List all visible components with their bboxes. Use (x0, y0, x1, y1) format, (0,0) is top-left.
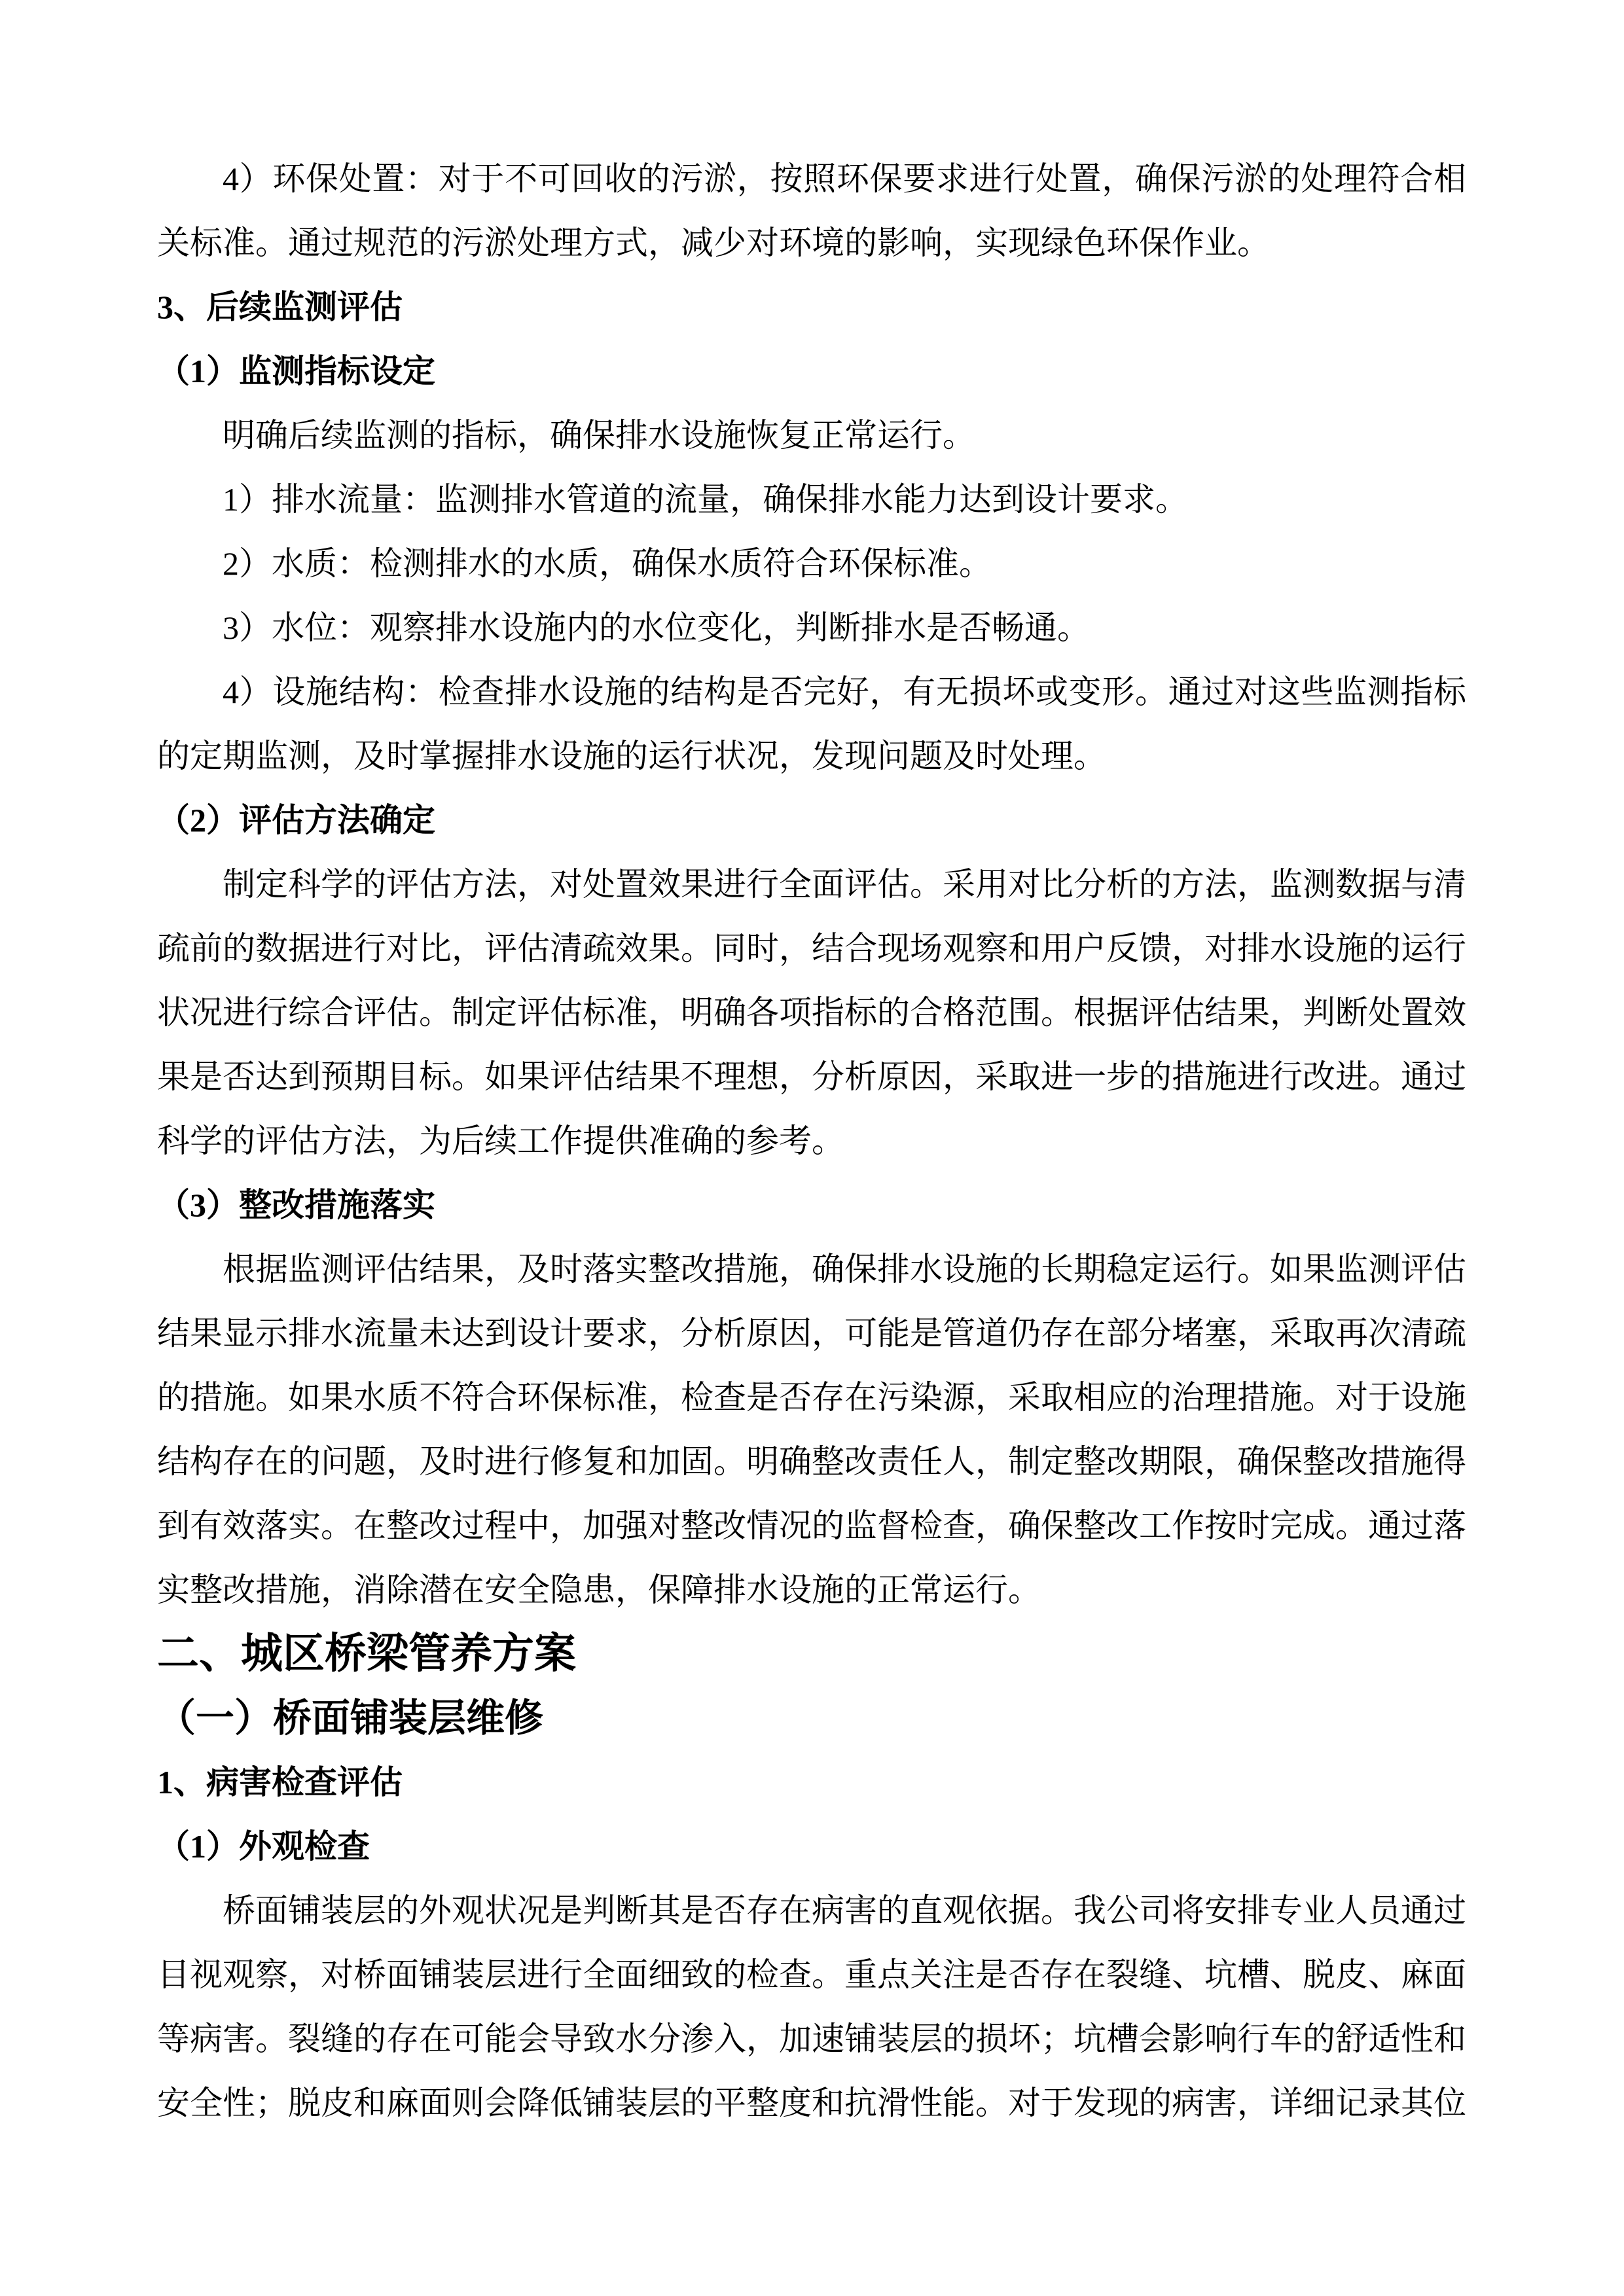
text-line: 科学的评估方法，为后续工作提供准确的参考。 (157, 1109, 1466, 1173)
text-line: 2）水质：检测排水的水质，确保水质符合环保标准。 (157, 531, 1466, 596)
text-line: 安全性；脱皮和麻面则会降低铺装层的平整度和抗滑性能。对于发现的病害，详细记录其位 (157, 2071, 1466, 2135)
text-line: 结果显示排水流量未达到设计要求，分析原因，可能是管道仍存在部分堵塞，采取再次清疏 (157, 1301, 1466, 1365)
heading-line: （1）监测指标设定 (157, 339, 1466, 403)
heading-line: （1）外观检查 (157, 1814, 1466, 1878)
text-line: 实整改措施，消除潜在安全隐患，保障排水设施的正常运行。 (157, 1558, 1466, 1622)
text-line: 4）环保处置：对于不可回收的污淤，按照环保要求进行处置，确保污淤的处理符合相 (157, 147, 1466, 211)
text-line: 4）设施结构：检查排水设施的结构是否完好，有无损坏或变形。通过对这些监测指标 (157, 660, 1466, 724)
text-line: 关标准。通过规范的污淤处理方式，减少对环境的影响，实现绿色环保作业。 (157, 211, 1466, 275)
text-line: 结构存在的问题，及时进行修复和加固。明确整改责任人，制定整改期限，确保整改措施得 (157, 1429, 1466, 1494)
heading-line: （一）桥面铺装层维修 (157, 1686, 1466, 1750)
text-line: 制定科学的评估方法，对处置效果进行全面评估。采用对比分析的方法，监测数据与清 (157, 852, 1466, 916)
text-line: 的定期监测，及时掌握排水设施的运行状况，发现问题及时处理。 (157, 724, 1466, 788)
text-line: 等病害。裂缝的存在可能会导致水分渗入，加速铺装层的损坏；坑槽会影响行车的舒适性和 (157, 2007, 1466, 2071)
text-line: 的措施。如果水质不符合环保标准，检查是否存在污染源，采取相应的治理措施。对于设施 (157, 1365, 1466, 1429)
text-line: 桥面铺装层的外观状况是判断其是否存在病害的直观依据。我公司将安排专业人员通过 (157, 1878, 1466, 1943)
heading-line: （2）评估方法确定 (157, 788, 1466, 852)
text-line: 到有效落实。在整改过程中，加强对整改情况的监督检查，确保整改工作按时完成。通过落 (157, 1494, 1466, 1558)
text-line: 状况进行综合评估。制定评估标准，明确各项指标的合格范围。根据评估结果，判断处置效 (157, 980, 1466, 1045)
heading-line: （3）整改措施落实 (157, 1173, 1466, 1237)
heading-line: 3、后续监测评估 (157, 275, 1466, 339)
text-line: 根据监测评估结果，及时落实整改措施，确保排水设施的长期稳定运行。如果监测评估 (157, 1237, 1466, 1301)
text-line: 3）水位：观察排水设施内的水位变化，判断排水是否畅通。 (157, 596, 1466, 660)
text-line: 疏前的数据进行对比，评估清疏效果。同时，结合现场观察和用户反馈，对排水设施的运行 (157, 916, 1466, 980)
heading-line: 1、病害检查评估 (157, 1750, 1466, 1814)
text-line: 果是否达到预期目标。如果评估结果不理想，分析原因，采取进一步的措施进行改进。通过 (157, 1045, 1466, 1109)
heading-line: 二、城区桥梁管养方案 (157, 1622, 1466, 1686)
text-line: 明确后续监测的指标，确保排水设施恢复正常运行。 (157, 403, 1466, 467)
document-body: 4）环保处置：对于不可回收的污淤，按照环保要求进行处置，确保污淤的处理符合相关标… (157, 147, 1466, 2135)
document-page: 4）环保处置：对于不可回收的污淤，按照环保要求进行处置，确保污淤的处理符合相关标… (0, 0, 1624, 2296)
text-line: 1）排水流量：监测排水管道的流量，确保排水能力达到设计要求。 (157, 467, 1466, 531)
text-line: 目视观察，对桥面铺装层进行全面细致的检查。重点关注是否存在裂缝、坑槽、脱皮、麻面 (157, 1943, 1466, 2007)
